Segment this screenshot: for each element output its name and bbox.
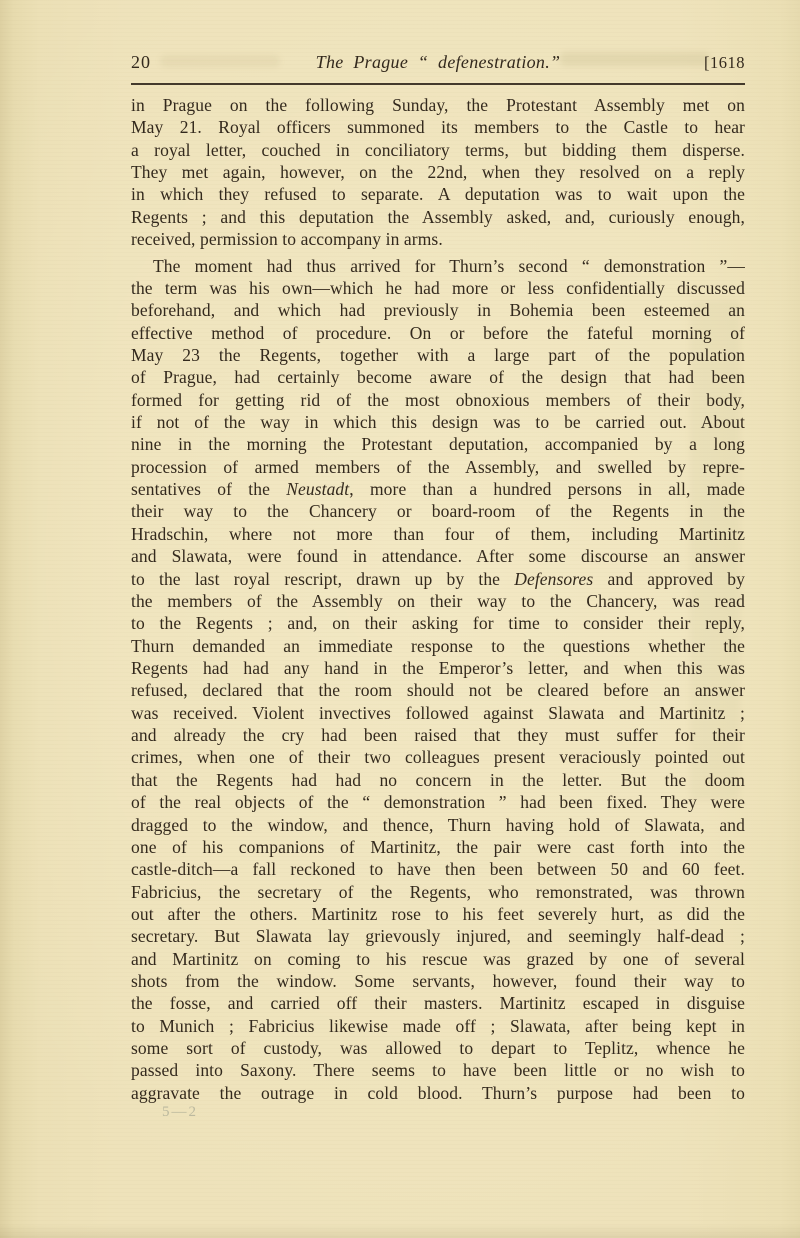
text-line: Hradschin, where not more than four of t… bbox=[131, 523, 745, 545]
text-line: a royal letter, couched in conciliatory … bbox=[131, 139, 745, 161]
text-line: if not of the way in which this design w… bbox=[131, 411, 745, 433]
text-line: May 23 the Regents, together with a larg… bbox=[131, 344, 745, 366]
paragraph: in Prague on the following Sunday, the P… bbox=[131, 94, 745, 251]
body-text: in Prague on the following Sunday, the P… bbox=[131, 94, 745, 1104]
text-line: Thurn demanded an immediate response to … bbox=[131, 635, 745, 657]
page-title: The Prague “ defenestration.” bbox=[131, 52, 745, 73]
text-line: Fabricius, the secretary of the Regents,… bbox=[131, 881, 745, 903]
text-line: and Martinitz on coming to his rescue wa… bbox=[131, 948, 745, 970]
text-line: out after the others. Martinitz rose to … bbox=[131, 903, 745, 925]
text-line: their way to the Chancery or board-room … bbox=[131, 500, 745, 522]
text-line: and already the cry had been raised that… bbox=[131, 724, 745, 746]
text-line: the members of the Assembly on their way… bbox=[131, 590, 745, 612]
text-line: some sort of custody, was allowed to dep… bbox=[131, 1037, 745, 1059]
text-line: received, permission to accompany in arm… bbox=[131, 228, 745, 250]
text-line: secretary. But Slawata lay grievously in… bbox=[131, 925, 745, 947]
text-line: one of his companions of Martinitz, the … bbox=[131, 836, 745, 858]
text-line: May 21. Royal officers summoned its memb… bbox=[131, 116, 745, 138]
text-line: Regents had had any hand in the Emperor’… bbox=[131, 657, 745, 679]
text-line: formed for getting rid of the most obnox… bbox=[131, 389, 745, 411]
text-line: crimes, when one of their two colleagues… bbox=[131, 746, 745, 768]
year-marker: [1618 bbox=[704, 53, 745, 73]
text-line: procession of armed members of the Assem… bbox=[131, 456, 745, 478]
text-line: They met again, however, on the 22nd, wh… bbox=[131, 161, 745, 183]
text-line: shots from the window. Some servants, ho… bbox=[131, 970, 745, 992]
text-line: and Slawata, were found in attendance. A… bbox=[131, 545, 745, 567]
text-line: of the real objects of the “ demonstrati… bbox=[131, 791, 745, 813]
text-line: sentatives of the Neustadt, more than a … bbox=[131, 478, 745, 500]
text-line: nine in the morning the Protestant deput… bbox=[131, 433, 745, 455]
text-line: beforehand, and which had previously in … bbox=[131, 299, 745, 321]
text-line: castle-ditch—a fall reckoned to have the… bbox=[131, 858, 745, 880]
bottom-edge-shadow bbox=[0, 1224, 800, 1238]
text-line: effective method of procedure. On or bef… bbox=[131, 322, 745, 344]
text-line: Regents ; and this deputation the Assemb… bbox=[131, 206, 745, 228]
text-line: the term was his own—which he had more o… bbox=[131, 277, 745, 299]
text-line: aggravate the outrage in cold blood. Thu… bbox=[131, 1082, 745, 1104]
paragraph: The moment had thus arrived for Thurn’s … bbox=[131, 255, 745, 1105]
running-header: 20 The Prague “ defenestration.” [1618 bbox=[131, 50, 745, 76]
text-line: that the Regents had had no concern in t… bbox=[131, 769, 745, 791]
text-line: passed into Saxony. There seems to have … bbox=[131, 1059, 745, 1081]
text-line: to the Regents ; and, on their asking fo… bbox=[131, 612, 745, 634]
text-line: was received. Violent invectives followe… bbox=[131, 702, 745, 724]
text-line: the fosse, and carried off their masters… bbox=[131, 992, 745, 1014]
text-line: to Munich ; Fabricius likewise made off … bbox=[131, 1015, 745, 1037]
text-line: dragged to the window, and thence, Thurn… bbox=[131, 814, 745, 836]
text-line: in which they refused to separate. A dep… bbox=[131, 183, 745, 205]
signature-mark: 5—2 bbox=[162, 1104, 198, 1121]
text-line: The moment had thus arrived for Thurn’s … bbox=[131, 255, 745, 277]
text-line: in Prague on the following Sunday, the P… bbox=[131, 94, 745, 116]
text-line: refused, declared that the room should n… bbox=[131, 679, 745, 701]
text-block: 20 The Prague “ defenestration.” [1618 i… bbox=[131, 50, 745, 1104]
header-rule bbox=[131, 83, 745, 85]
text-line: to the last royal rescript, drawn up by … bbox=[131, 568, 745, 590]
book-page-scan: 20 The Prague “ defenestration.” [1618 i… bbox=[0, 0, 800, 1238]
text-line: of Prague, had certainly become aware of… bbox=[131, 366, 745, 388]
